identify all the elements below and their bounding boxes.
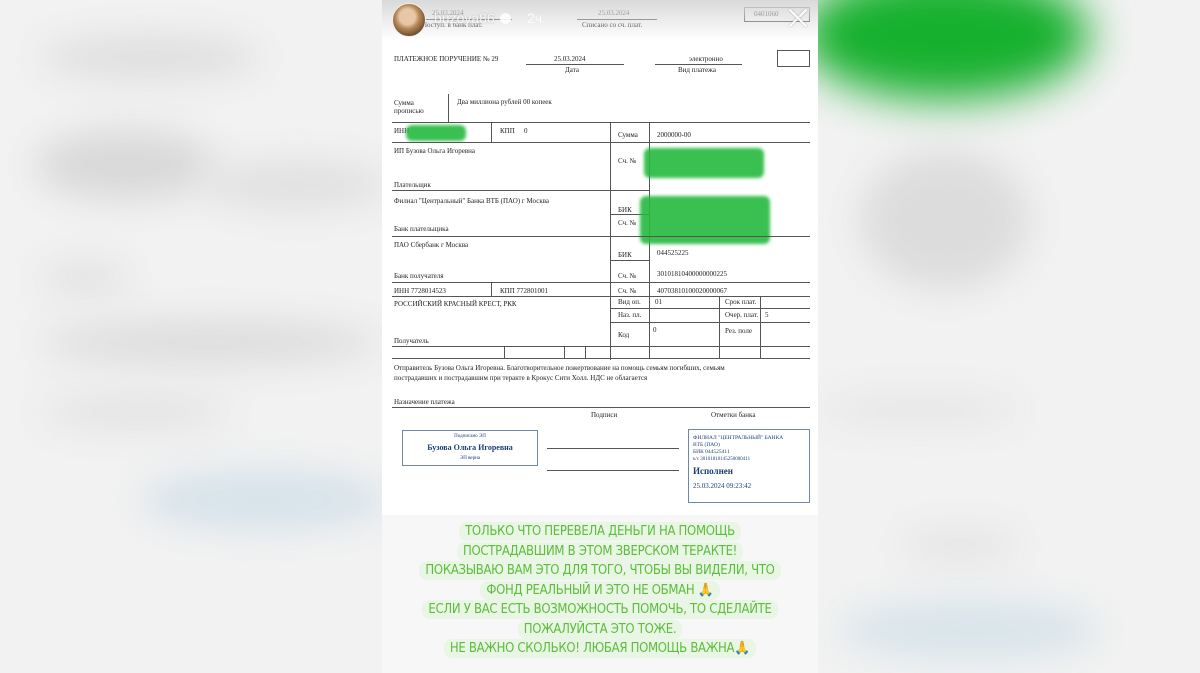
bank-stamp-line1: ФИЛИАЛ "ЦЕНТРАЛЬНЫЙ" БАНКА [693, 435, 783, 441]
payer-kpp: 0 [524, 128, 528, 136]
bank-stamp-line2: ВТБ (ПАО) [693, 442, 720, 448]
payer-account-label: Сч. № [618, 158, 636, 166]
payment-order-document: 25.03.2024 Поступ. в банк плат. 25.03.20… [382, 0, 818, 515]
caption-line: ТОЛЬКО ЧТО ПЕРЕВЕЛА ДЕНЬГИ НА ПОМОЩЬ [459, 522, 741, 541]
recipient-corr-account-label: Сч. № [618, 273, 636, 281]
story-caption: ТОЛЬКО ЧТО ПЕРЕВЕЛА ДЕНЬГИ НА ПОМОЩЬ ПОС… [382, 520, 818, 657]
amount-words: Два миллиона рублей 00 копеек [457, 99, 552, 107]
story-time: 2ч [527, 10, 542, 26]
recipient-account-label: Сч. № [618, 288, 636, 296]
recipient-corr-account: 30101810400000000225 [657, 271, 727, 279]
verified-badge-icon [500, 13, 511, 24]
signature-stamp: Подписано ЭП Бузова Ольга Игоревна ЭП ве… [402, 430, 538, 466]
payer-name: ИП Бузова Ольга Игоревна [394, 148, 475, 156]
code: 0 [653, 327, 657, 335]
date-label: Дата [565, 67, 579, 75]
recipient-name: РОССИЙСКИЙ КРАСНЫЙ КРЕСТ, РКК [394, 301, 517, 309]
recipient-account: 40703810100020000067 [657, 288, 727, 296]
recipient-bank-bik-label: БИК [618, 252, 632, 260]
signatures-label: Подписи [591, 412, 617, 420]
priority-label: Очер. плат. [725, 312, 758, 320]
code-label: Код [618, 332, 629, 340]
story-viewer[interactable]: 25.03.2024 Поступ. в банк плат. 25.03.20… [382, 0, 818, 673]
payer-label: Плательщик [394, 182, 431, 190]
caption-line: ПОСТРАДАВШИМ В ЭТОМ ЗВЕРСКОМ ТЕРАКТЕ! [457, 542, 743, 561]
bank-stamp-line3: БИК 044525411 [693, 449, 730, 455]
purpose-code-label: Наз. пл. [618, 312, 641, 320]
bank-stamp-status: Исполнен [693, 467, 733, 477]
recipient-bank-label: Банк получателя [394, 273, 444, 281]
recipient-inn: ИНН 7728014523 [394, 288, 446, 296]
caption-line: ЕСЛИ У ВАС ЕСТЬ ВОЗМОЖНОСТЬ ПОМОЧЬ, ТО С… [422, 600, 777, 619]
bank-stamp-line4: к/с 30101810145250000411 [693, 457, 750, 463]
redaction-payer-account [644, 148, 764, 178]
document-date: 25.03.2024 [554, 56, 586, 64]
username[interactable]: buzova86 [434, 10, 495, 26]
caption-line: НЕ ВАЖНО СКОЛЬКО! ЛЮБАЯ ПОМОЩЬ ВАЖНА🙏 [444, 639, 756, 658]
signature-stamp-line3: ЭП верна [403, 456, 537, 462]
signature-stamp-name: Бузова Ольга Игоревна [403, 444, 537, 453]
recipient-bank: ПАО Сбербанк г Москва [394, 242, 468, 250]
bank-marks-label: Отметки банка [711, 412, 755, 420]
recipient-bank-bik: 044525225 [657, 250, 689, 258]
avatar[interactable] [392, 3, 426, 37]
recipient-label: Получатель [394, 338, 429, 346]
op-type: 01 [655, 299, 662, 307]
payment-type: электронно [689, 56, 723, 64]
caption-line: ПОЖАЛУЙСТА ЭТО ТОЖЕ. [518, 620, 683, 639]
signature-stamp-line1: Подписано ЭП [403, 434, 537, 440]
payment-type-label: Вид платежа [678, 67, 716, 75]
redaction-payer-inn [406, 125, 466, 141]
sum-value: 2000000-00 [657, 132, 691, 140]
amount-words-label: Сумма прописью [394, 100, 439, 115]
recipient-kpp: КПП 772801001 [500, 288, 548, 296]
purpose-label: Назначение платежа [394, 399, 455, 407]
sum-label: Сумма [618, 132, 638, 140]
due-label: Срок плат. [725, 299, 756, 307]
reserve-label: Рез. поле [725, 328, 752, 336]
payer-bank: Филиал "Центральный" Банка ВТБ (ПАО) г М… [394, 198, 549, 206]
priority: 5 [765, 312, 769, 320]
op-type-label: Вид оп. [618, 299, 641, 307]
bank-stamp: ФИЛИАЛ "ЦЕНТРАЛЬНЫЙ" БАНКА ВТБ (ПАО) БИК… [688, 429, 810, 503]
close-icon[interactable] [786, 6, 810, 30]
bank-stamp-datetime: 25.03.2024 09:23:42 [693, 483, 751, 491]
payer-bank-account-label: Сч. № [618, 220, 636, 228]
payer-kpp-label: КПП [500, 128, 515, 136]
caption-line: ФОНД РЕАЛЬНЫЙ И ЭТО НЕ ОБМАН 🙏 [480, 581, 719, 600]
purpose-line-2: пострадавших и пострадавшим при теракте … [394, 375, 647, 383]
caption-line: ПОКАЗЫВАЮ ВАМ ЭТО ДЛЯ ТОГО, ЧТОБЫ ВЫ ВИД… [419, 561, 780, 580]
payer-bank-label: Банк плательщика [394, 226, 449, 234]
document-title: ПЛАТЕЖНОЕ ПОРУЧЕНИЕ № 29 [394, 56, 498, 64]
purpose-line-1: Отправитель Бузова Ольга Игоревна. Благо… [394, 365, 725, 373]
